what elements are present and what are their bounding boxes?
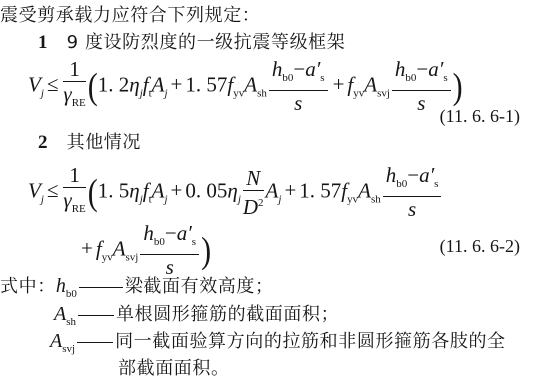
sub-j: j <box>41 193 44 205</box>
A: A <box>152 72 165 96</box>
sub-j: j <box>164 87 167 99</box>
numerator: hb0−a′s <box>383 164 442 197</box>
symbol-A: A <box>54 303 66 325</box>
where-def-ash: Ash单根圆形箍筋的截面面积； <box>54 300 339 328</box>
equation-number-2: (11. 6. 6-2) <box>440 236 520 257</box>
where-def-asvj: Asvj同一截面验算方向的拉筋和非圆形箍筋各肢的全 <box>50 327 506 355</box>
fraction-1-over-gamma: 1γRE <box>63 164 85 221</box>
where-def-hb0: 式中：hb0梁截面有效高度； <box>0 272 274 300</box>
denominator-s: s <box>269 91 328 115</box>
sub-j: j <box>164 193 167 205</box>
sub-s: s <box>320 72 324 84</box>
leq-sign: ≤ <box>47 72 59 96</box>
sub-yv: yv <box>102 251 113 263</box>
item-2-number: 2 <box>38 132 48 153</box>
numerator: hb0−a′s <box>140 222 199 255</box>
minus: − <box>165 221 177 245</box>
h: h <box>272 57 283 81</box>
symbol-h: h <box>56 275 66 297</box>
sub-yv: yv <box>347 193 358 205</box>
sub-b0: b0 <box>66 288 77 300</box>
item-1-number: 1 <box>38 32 48 53</box>
a-prime: a′ <box>305 57 320 81</box>
fraction-1-over-gamma: 1γRE <box>63 58 85 115</box>
sub-s: s <box>434 178 438 190</box>
def-text: 单根圆形箍筋的截面面积； <box>116 304 339 325</box>
var-V: V <box>28 178 41 202</box>
numerator: 1 <box>63 164 85 188</box>
leq-sign: ≤ <box>47 178 59 202</box>
A: A <box>244 72 257 96</box>
gamma: γ <box>63 82 71 106</box>
coef-1-57: 1. 57 <box>185 72 227 96</box>
A: A <box>113 236 126 260</box>
sub-svj: svj <box>126 251 139 263</box>
eta: η <box>227 178 237 202</box>
numerator: hb0−a′s <box>392 58 451 91</box>
h: h <box>386 163 397 187</box>
sub-svj: svj <box>62 343 75 355</box>
var-V: V <box>28 72 41 96</box>
where-label: 式中： <box>0 276 56 297</box>
denominator: γRE <box>63 82 85 115</box>
em-dash <box>78 315 114 316</box>
fraction-hb0-minus-as: hb0−a′ss <box>269 58 328 115</box>
coef-1-2: 1. 2 <box>98 72 130 96</box>
sub-b0: b0 <box>396 178 407 190</box>
sup-2: 2 <box>258 197 264 209</box>
denominator: γRE <box>63 188 85 221</box>
numerator: hb0−a′s <box>269 58 328 91</box>
h: h <box>395 57 406 81</box>
equation-11-6-6-2-line-2: +fyvAsvjhb0−a′ss) <box>78 222 211 279</box>
sub-RE: RE <box>72 203 86 215</box>
sub-yv: yv <box>233 87 244 99</box>
item-2-heading: 2 其他情况 <box>38 128 141 154</box>
A: A <box>358 178 371 202</box>
right-paren: ) <box>201 229 211 272</box>
sub-j: j <box>238 193 241 205</box>
fraction-hb0-minus-as: hb0−a′ss <box>140 222 199 279</box>
plus: + <box>81 236 93 260</box>
A: A <box>152 178 165 202</box>
sub-sh: sh <box>257 87 267 99</box>
denominator: D2 <box>243 191 264 219</box>
sub-b0: b0 <box>405 72 416 84</box>
A: A <box>266 178 279 202</box>
sub-s: s <box>443 72 447 84</box>
a-prime: a′ <box>419 163 434 187</box>
left-paren: ( <box>88 171 98 214</box>
a-prime: a′ <box>177 221 192 245</box>
gamma: γ <box>63 188 71 212</box>
sub-yv: yv <box>353 87 364 99</box>
coef-1-57: 1. 57 <box>299 178 341 202</box>
sub-j: j <box>41 87 44 99</box>
sub-RE: RE <box>72 97 86 109</box>
D: D <box>243 195 258 219</box>
minus: − <box>293 57 305 81</box>
em-dash <box>79 287 123 288</box>
left-paren: ( <box>88 65 98 108</box>
denominator-s: s <box>383 197 442 221</box>
def-text: 同一截面验算方向的拉筋和非圆形箍筋各肢的全 <box>115 331 506 352</box>
coef-0-05: 0. 05 <box>185 178 227 202</box>
A: A <box>364 72 377 96</box>
sub-sh: sh <box>371 193 381 205</box>
minus: − <box>407 163 419 187</box>
def-text: 梁截面有效高度； <box>125 276 274 297</box>
fraction-hb0-minus-as: hb0−a′ss <box>383 164 442 221</box>
plus: + <box>284 178 296 202</box>
symbol-A: A <box>50 330 62 352</box>
sub-b0: b0 <box>282 72 293 84</box>
item-1-heading: 1 9 度设防烈度的一级抗震等级框架 <box>38 28 345 54</box>
N: N <box>243 167 264 191</box>
eta: η <box>129 178 139 202</box>
sub-j: j <box>278 193 281 205</box>
where-def-asvj-continued: 部截面面积。 <box>118 354 230 380</box>
sub-s: s <box>192 236 196 248</box>
sub-svj: svj <box>377 87 390 99</box>
item-1-text: 9 度设防烈度的一级抗震等级框架 <box>67 32 346 53</box>
item-2-text: 其他情况 <box>67 132 141 153</box>
minus: − <box>416 57 428 81</box>
numerator: 1 <box>63 58 85 82</box>
em-dash <box>77 342 113 343</box>
plus: + <box>171 178 183 202</box>
coef-1-5: 1. 5 <box>98 178 130 202</box>
plus: + <box>333 72 345 96</box>
equation-11-6-6-1: Vj≤1γRE(1. 2ηjftAj+1. 57fyvAshhb0−a′ss+f… <box>28 58 463 115</box>
h: h <box>143 221 154 245</box>
intro-text: 震受剪承载力应符合下列规定： <box>0 1 260 27</box>
a-prime: a′ <box>428 57 443 81</box>
plus: + <box>171 72 183 96</box>
sub-b0: b0 <box>154 236 165 248</box>
fraction-N-over-D2: ND2 <box>243 167 264 219</box>
equation-number-1: (11. 6. 6-1) <box>440 106 520 127</box>
right-paren: ) <box>453 65 463 108</box>
eta: η <box>129 72 139 96</box>
equation-11-6-6-2-line-1: Vj≤1γRE(1. 5ηjftAj+0. 05ηjND2Aj+1. 57fyv… <box>28 164 443 221</box>
